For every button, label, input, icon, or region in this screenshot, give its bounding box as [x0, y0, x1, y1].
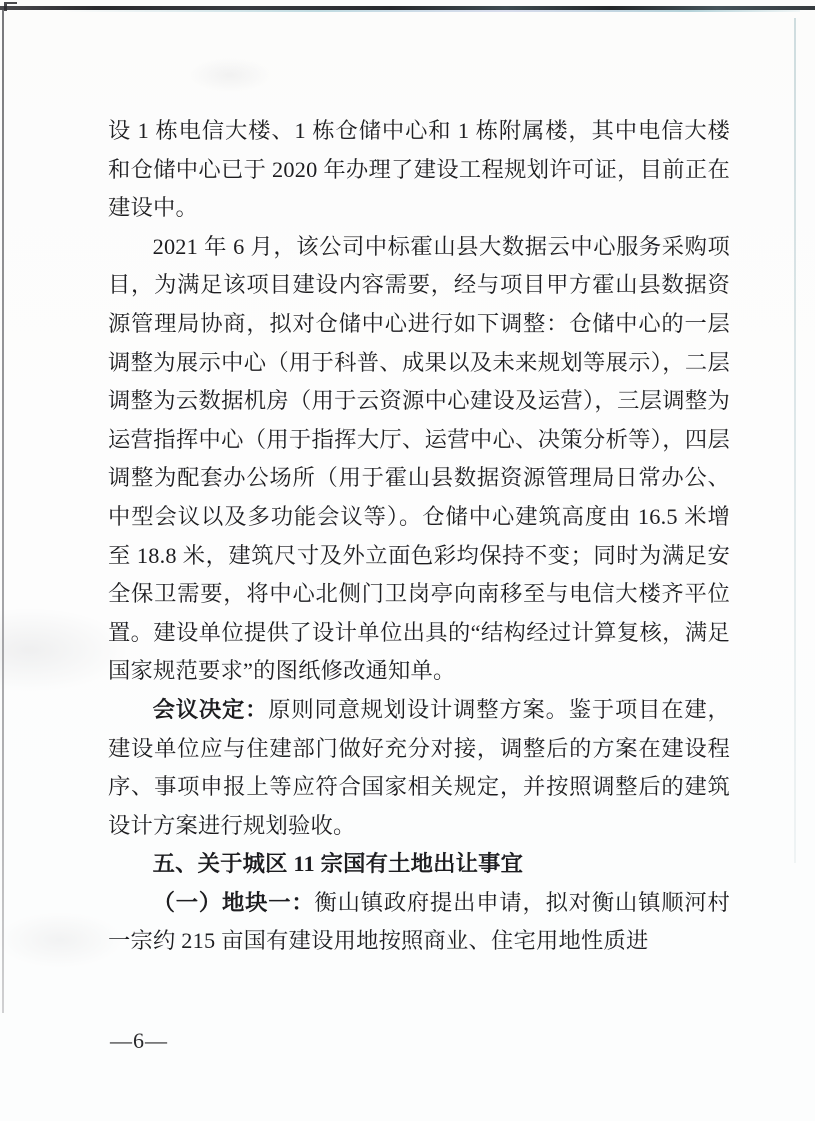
paragraph-meeting-decision: 会议决定：原则同意规划设计调整方案。鉴于项目在建，建设单位应与住建部门做好充分对… — [108, 691, 730, 845]
scan-artifact-right-edge — [794, 18, 796, 863]
scan-artifact-corner-mark — [4, 2, 17, 11]
meeting-decision-label: 会议决定： — [153, 697, 269, 722]
plot-1-label: （一）地块一： — [153, 890, 315, 915]
paragraph-plot-1: （一）地块一：衡山镇政府提出申请，拟对衡山镇顺河村一宗约 215 亩国有建设用地… — [108, 884, 730, 961]
document-body: 设 1 栋电信大楼、1 栋仓储中心和 1 栋附属楼，其中电信大楼和仓储中心已于 … — [108, 112, 730, 961]
scan-artifact-top-tint — [60, 10, 800, 12]
section-5-heading: 五、关于城区 11 宗国有土地出让事宜 — [108, 845, 730, 884]
page-number: —6— — [110, 1028, 168, 1054]
scan-artifact-left-edge — [2, 9, 4, 1013]
paragraph-continuation: 设 1 栋电信大楼、1 栋仓储中心和 1 栋附属楼，其中电信大楼和仓储中心已于 … — [108, 112, 730, 228]
paragraph-adjustment: 2021 年 6 月，该公司中标霍山县大数据云中心服务采购项目，为满足该项目建设… — [108, 228, 730, 691]
